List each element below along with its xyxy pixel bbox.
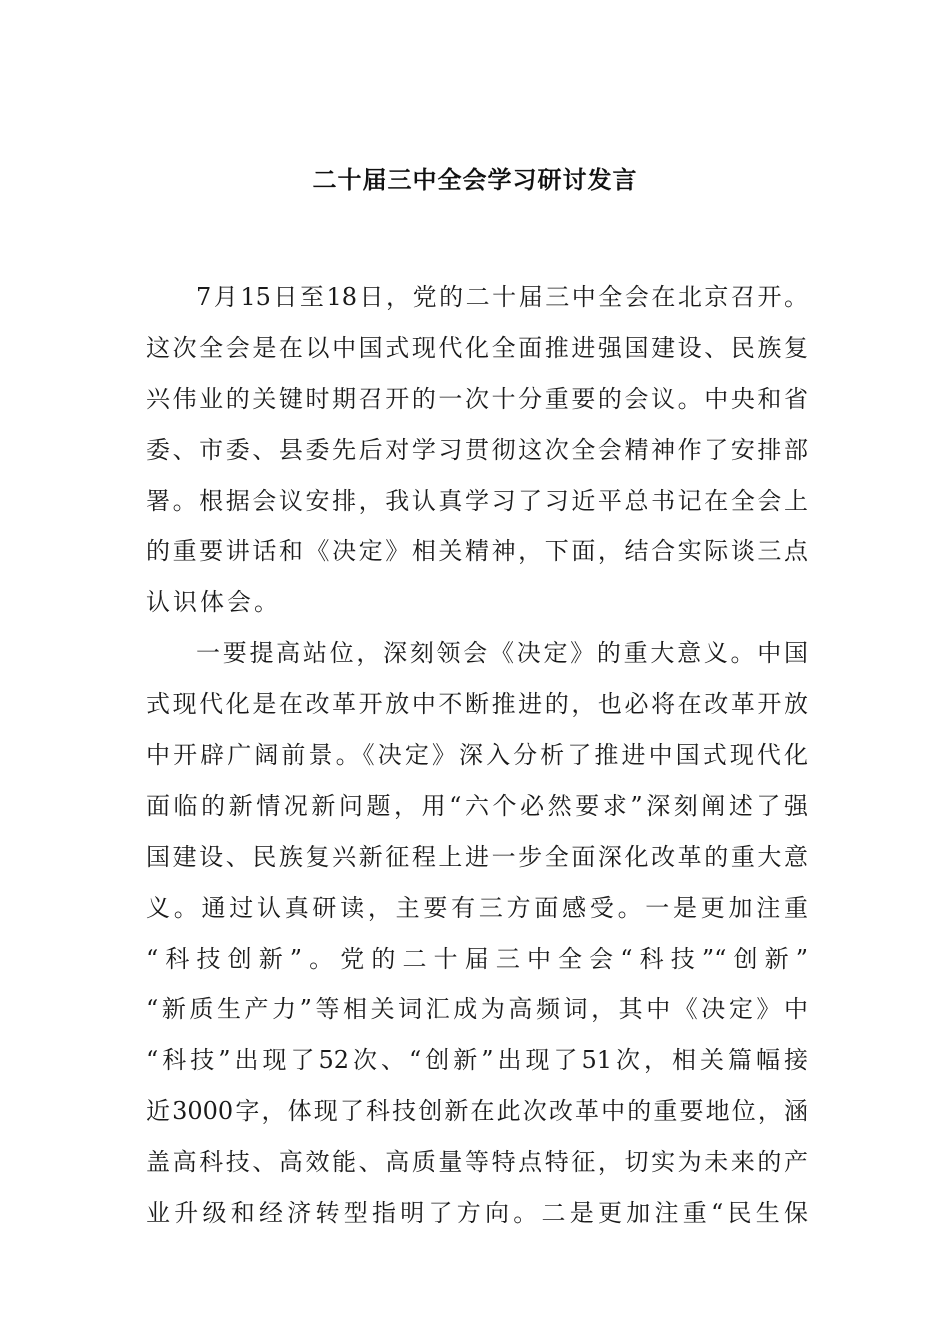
text-line: 委、市委、县委先后对学习贯彻这次全会精神作了安排部 [146,430,808,481]
text-line: 兴伟业的关键时期召开的一次十分重要的会议。中央和省 [146,379,808,430]
text-line: “科技创新”。党的二十届三中全会“科技”“创新” [146,939,808,990]
paragraph-2: 一要提高站位，深刻领会《决定》的重大意义。中国 式现代化是在改革开放中不断推进的… [146,633,808,1244]
paragraph-1: 7月15日至18日，党的二十届三中全会在北京召开。 这次全会是在以中国式现代化全… [146,277,808,633]
text-line: 式现代化是在改革开放中不断推进的，也必将在改革开放 [146,684,808,735]
text-line: 署。根据会议安排，我认真学习了习近平总书记在全会上 [146,481,808,532]
text-line: 义。通过认真研读，主要有三方面感受。一是更加注重 [146,888,808,939]
document-page: 二十届三中全会学习研讨发言 7月15日至18日，党的二十届三中全会在北京召开。 … [0,0,950,1344]
text-line: 认识体会。 [146,582,808,633]
text-line: 一要提高站位，深刻领会《决定》的重大意义。中国 [146,633,808,684]
document-title: 二十届三中全会学习研讨发言 [0,163,950,197]
text-line: 盖高科技、高效能、高质量等特点特征，切实为未来的产 [146,1142,808,1193]
document-body: 7月15日至18日，党的二十届三中全会在北京召开。 这次全会是在以中国式现代化全… [146,277,808,1244]
text-line: 7月15日至18日，党的二十届三中全会在北京召开。 [146,277,808,328]
text-line: 业升级和经济转型指明了方向。二是更加注重“民生保 [146,1193,808,1244]
text-line: 面临的新情况新问题，用“六个必然要求”深刻阐述了强 [146,786,808,837]
text-line: 这次全会是在以中国式现代化全面推进强国建设、民族复 [146,328,808,379]
text-line: 近3000字，体现了科技创新在此次改革中的重要地位，涵 [146,1091,808,1142]
text-line: “新质生产力”等相关词汇成为高频词，其中《决定》中 [146,989,808,1040]
text-line: “科技”出现了52次、“创新”出现了51次，相关篇幅接 [146,1040,808,1091]
text-line: 中开辟广阔前景。《决定》深入分析了推进中国式现代化 [146,735,808,786]
text-line: 国建设、民族复兴新征程上进一步全面深化改革的重大意 [146,837,808,888]
text-line: 的重要讲话和《决定》相关精神，下面，结合实际谈三点 [146,531,808,582]
